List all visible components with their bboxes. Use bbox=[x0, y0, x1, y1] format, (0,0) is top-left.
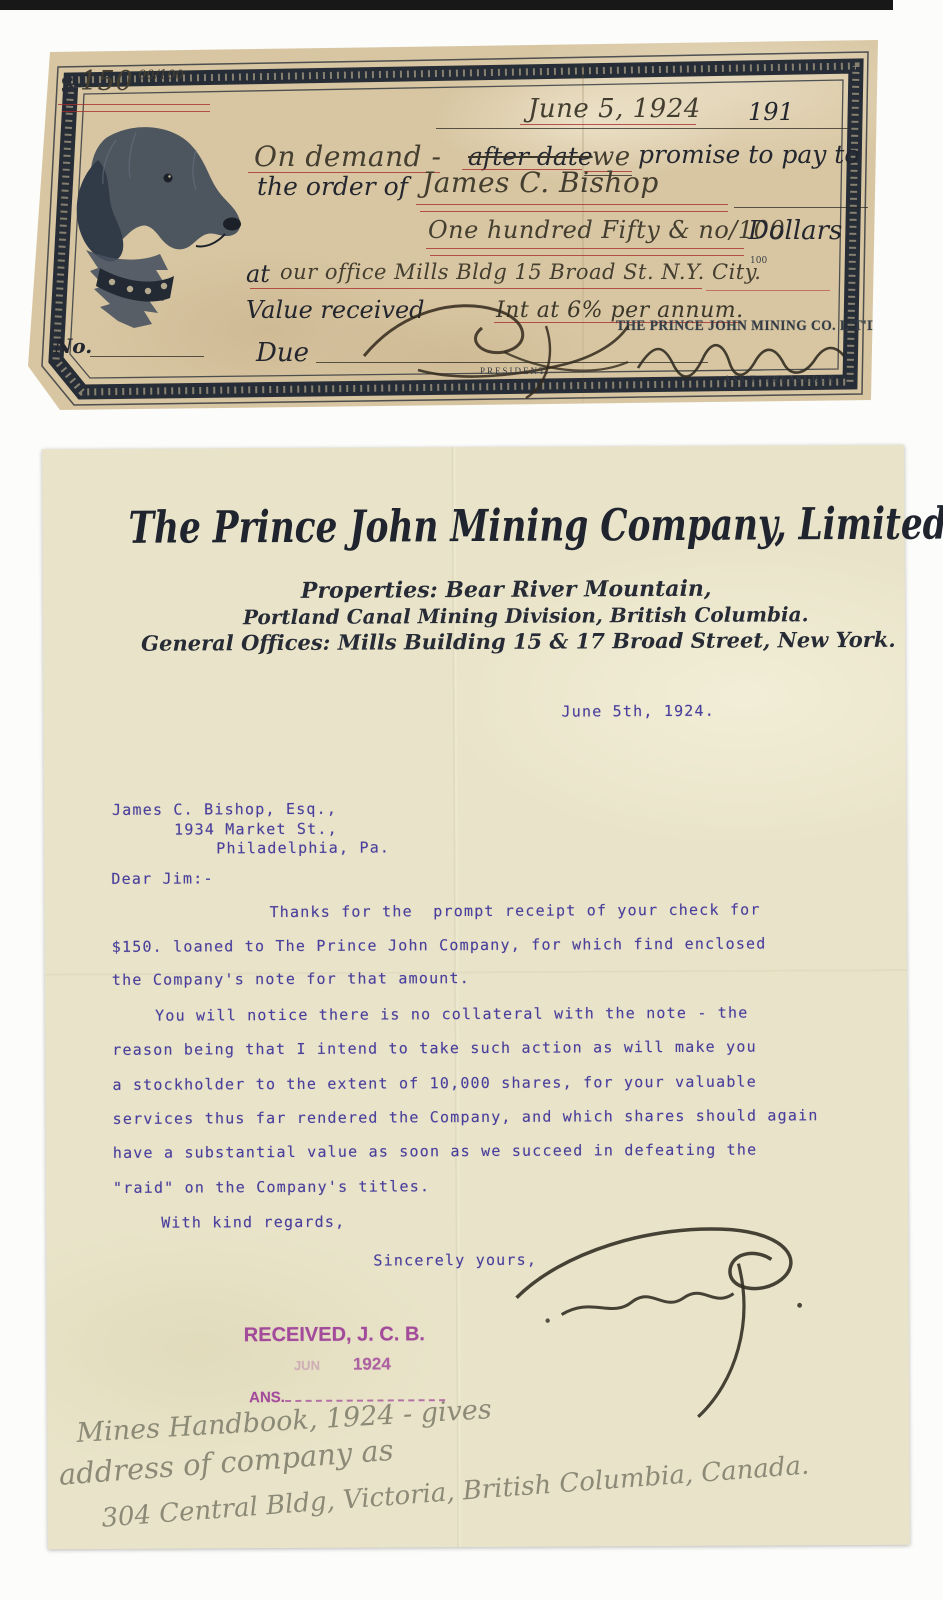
printed-dollars: Dollars bbox=[748, 216, 842, 246]
body-line: You will notice there is no collateral w… bbox=[155, 1004, 748, 1025]
answered-stamp-label: ANS. bbox=[249, 1389, 285, 1406]
body-line: Thanks for the prompt receipt of your ch… bbox=[270, 901, 761, 922]
rule-black bbox=[436, 128, 848, 129]
letter-date: June 5th, 1924. bbox=[561, 702, 715, 721]
rule-red bbox=[706, 290, 830, 291]
letterhead-company-name: The Prince John Mining Company, Limited bbox=[128, 499, 943, 554]
promissory-note: $ 150 00/100 June 5, 1924 191 On demand … bbox=[26, 30, 882, 412]
printed-year: 191 bbox=[748, 98, 794, 126]
body-line: services thus far rendered the Company, … bbox=[113, 1106, 819, 1128]
recipient-name: James C. Bishop, Esq., bbox=[112, 800, 337, 819]
amount-figures-fraction: 00/100 bbox=[138, 68, 184, 83]
note-date-written: June 5, 1924 bbox=[528, 94, 701, 124]
rule-black bbox=[734, 207, 868, 208]
recipient-street: 1934 Market St., bbox=[174, 820, 338, 839]
printed-the-order-of: the order of bbox=[257, 172, 408, 201]
rule-black bbox=[90, 356, 204, 357]
rule-red bbox=[62, 111, 210, 112]
letter-sheet: The Prince John Mining Company, Limited … bbox=[42, 445, 910, 1549]
written-payee-name: James C. Bishop bbox=[422, 166, 659, 199]
rule-red bbox=[520, 124, 696, 125]
printed-promise-to-pay: promise to pay to bbox=[638, 140, 859, 169]
body-line: have a substantial value as soon as we s… bbox=[113, 1141, 758, 1162]
rule-red bbox=[416, 204, 728, 205]
rule-red bbox=[426, 248, 744, 249]
received-stamp-year: 1924 bbox=[353, 1354, 391, 1374]
received-stamp-month: JUN bbox=[294, 1358, 320, 1373]
salutation: Dear Jim:- bbox=[111, 869, 213, 888]
letter-signature bbox=[501, 1201, 812, 1428]
printed-no-label: No. bbox=[54, 334, 92, 358]
body-line: reason being that I intend to take such … bbox=[112, 1038, 757, 1059]
president-caption: PRESIDENT. bbox=[480, 366, 550, 376]
body-line: the Company's note for that amount. bbox=[112, 969, 470, 989]
scanned-documents-page: $ 150 00/100 June 5, 1924 191 On demand … bbox=[0, 0, 943, 1600]
regards-line: With kind regards, bbox=[161, 1213, 345, 1232]
letterhead-offices-line: General Offices: Mills Building 15 & 17 … bbox=[141, 627, 896, 656]
letterhead-properties-line: Properties: Bear River Mountain, bbox=[301, 576, 712, 604]
president-signature bbox=[356, 286, 636, 402]
amount-figures-value: 150 bbox=[80, 66, 133, 97]
written-on-demand: On demand - bbox=[254, 140, 441, 173]
currency-sign: $ bbox=[60, 70, 75, 98]
treasurer-caption: ASS'T. TREASURER bbox=[724, 374, 836, 384]
printed-at: at bbox=[246, 260, 270, 288]
printed-due-label: Due bbox=[256, 338, 309, 368]
written-amount-words: One hundred Fifty & no/100 bbox=[428, 216, 785, 244]
body-line: "raid" on the Company's titles. bbox=[113, 1177, 430, 1197]
body-line: $150. loaned to The Prince John Company,… bbox=[112, 934, 767, 955]
dog-head-engraving bbox=[46, 120, 251, 335]
letterhead-division-line: Portland Canal Mining Division, British … bbox=[243, 602, 809, 629]
rule-red bbox=[430, 255, 744, 256]
received-stamp: RECEIVED, J. C. B. bbox=[244, 1323, 425, 1347]
recipient-city: Philadelphia, Pa. bbox=[216, 838, 390, 857]
scanner-edge-bar bbox=[0, 0, 893, 10]
rule-red bbox=[58, 104, 210, 105]
written-office-address: our office Mills Bldg 15 Broad St. N.Y. … bbox=[280, 260, 761, 284]
body-line: a stockholder to the extent of 10,000 sh… bbox=[112, 1073, 757, 1094]
rule-red bbox=[420, 211, 728, 212]
